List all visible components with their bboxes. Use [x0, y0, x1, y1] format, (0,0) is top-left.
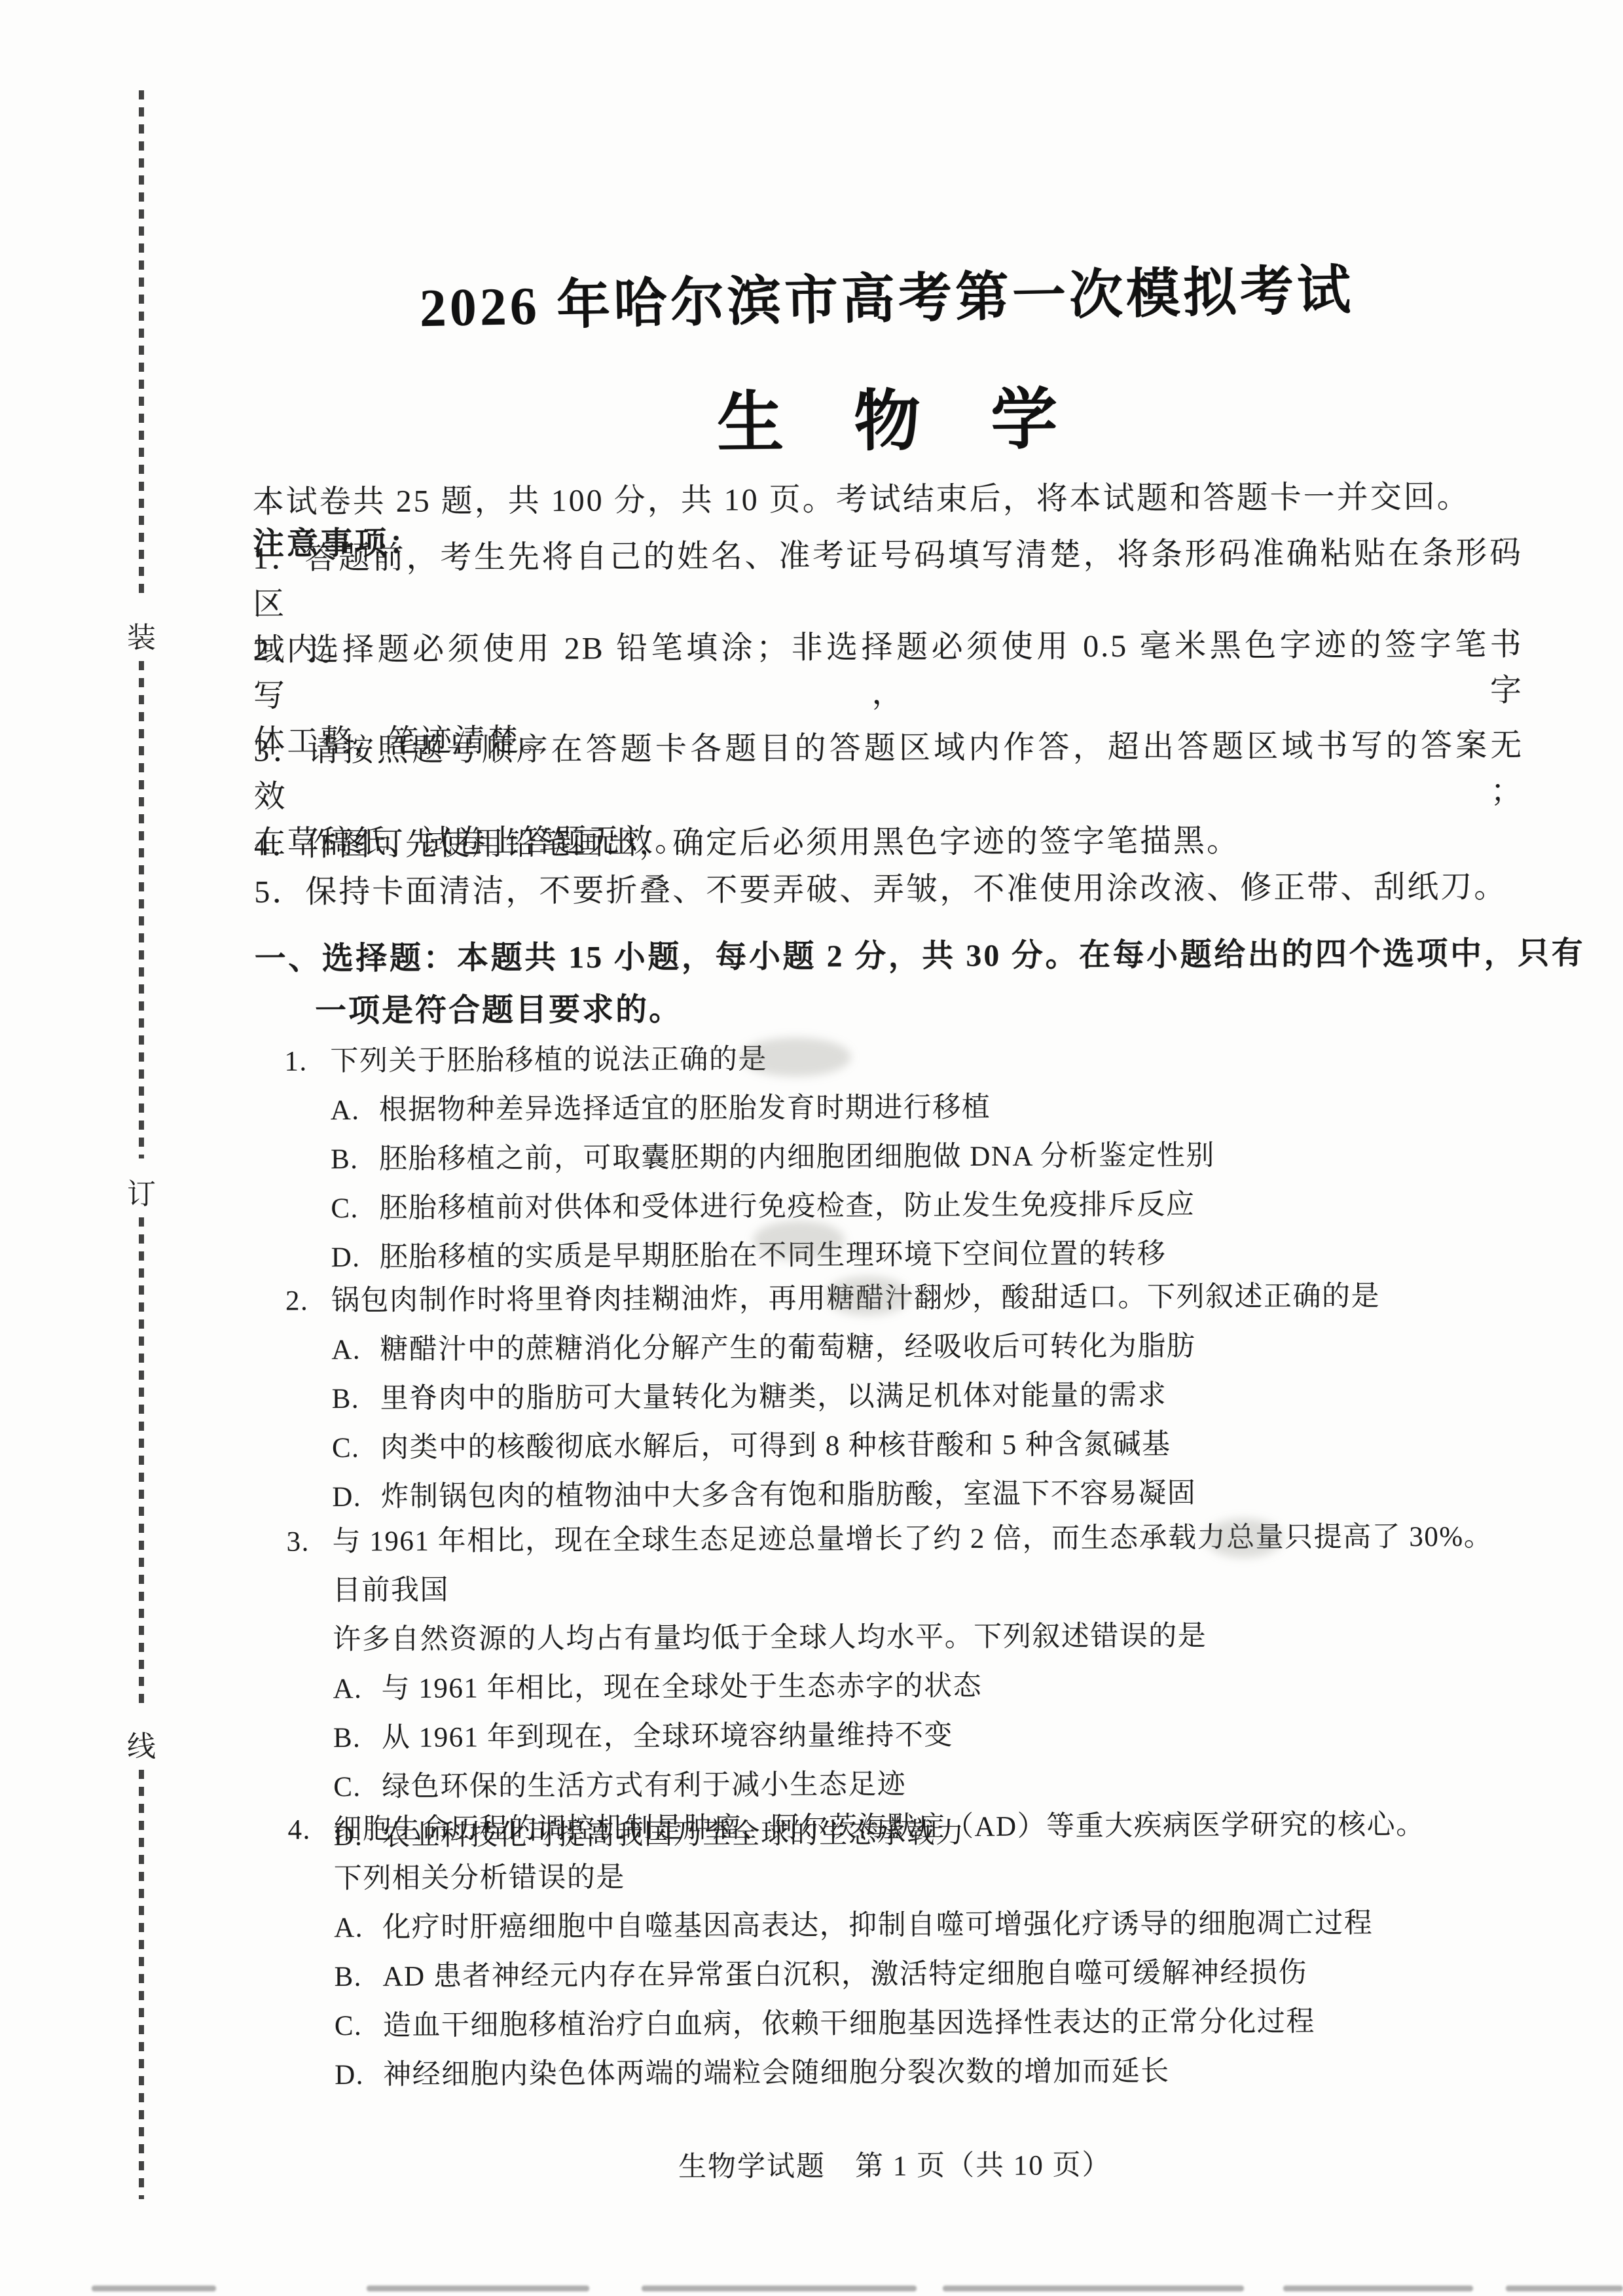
scan-edge-artifact: [642, 2286, 917, 2291]
option-label: C.: [331, 1184, 379, 1233]
option-text: 胚胎移植之前，可取囊胚期的内细胞团细胞做 DNA 分析鉴定性别: [379, 1140, 1215, 1175]
notice-item-line: 3．请按照题号顺序在答题卡各题目的答题区域内作答，超出答题区域书写的答案无效；: [253, 723, 1524, 819]
option-label: C.: [335, 2001, 383, 2051]
option-text: AD 患者神经元内存在异常蛋白沉积，激活特定细胞自噬可缓解神经损伤: [382, 1958, 1307, 1992]
option-text: 与 1961 年相比，现在全球处于生态赤字的状态: [381, 1671, 982, 1704]
option-c: C.肉类中的核酸彻底水解后，可得到 8 种核苷酸和 5 种含氮碱基: [286, 1418, 1494, 1473]
option-label: D.: [331, 1233, 380, 1282]
option-label: B.: [333, 1713, 382, 1763]
question-number: 3.: [286, 1517, 332, 1566]
notice-item-line: 5．保持卡面清洁，不要折叠、不要弄破、弄皱，不准使用涂改液、修正带、刮纸刀。: [254, 864, 1524, 915]
option-text: 造血干细胞移植治疗白血病，依赖干细胞基因选择性表达的正常分化过程: [383, 2007, 1315, 2041]
option-c: C.造血干细胞移植治疗白血病，依赖干细胞基因选择性表达的正常分化过程: [289, 1996, 1497, 2051]
section-header-line: 一项是符合题目要求的。: [315, 980, 1585, 1037]
question-number: 4.: [287, 1805, 333, 1854]
question-1: 1.下列关于胚胎移植的说法正确的是 A.根据物种差异选择适宜的胚胎发育时期进行移…: [284, 1031, 1493, 1282]
question-stem: 1.下列关于胚胎移植的说法正确的是: [284, 1031, 1492, 1086]
option-label: B.: [331, 1135, 379, 1184]
exam-title: 2026 年哈尔滨市高考第一次模拟考试: [251, 251, 1522, 348]
option-label: A.: [331, 1086, 379, 1135]
question-stem: 4.细胞生命历程的调控机制是肿瘤、阿尔茨海默症（AD）等重大疾病医学研究的核心。: [287, 1800, 1495, 1854]
option-d: D.神经细胞内染色体两端的端粒会随细胞分裂次数的增加而延长: [289, 2045, 1497, 2100]
question-stem: 3.与 1961 年相比，现在全球生态足迹总量增长了约 2 倍，而生态承载力总量…: [286, 1512, 1495, 1615]
option-a: A.化疗时肝癌细胞中自噬基因高表达，抑制自噬可增强化疗诱导的细胞凋亡过程: [288, 1898, 1496, 1952]
question-number: 2.: [285, 1276, 331, 1325]
question-stem-text: 与 1961 年相比，现在全球生态足迹总量增长了约 2 倍，而生态承载力总量只提…: [333, 1521, 1493, 1606]
question-4: 4.细胞生命历程的调控机制是肿瘤、阿尔茨海默症（AD）等重大疾病医学研究的核心。…: [287, 1800, 1497, 2100]
option-b: B.从 1961 年到现在，全球环境容纳量维持不变: [287, 1708, 1495, 1763]
option-text: 炸制锅包肉的植物油中大多含有饱和脂肪酸，室温下不容易凝固: [380, 1478, 1196, 1512]
option-text: 糖醋汁中的蔗糖消化分解产生的葡萄糖，经吸收后可转化为脂肪: [380, 1331, 1195, 1365]
exam-paper-page: 装 订 线 2026 年哈尔滨市高考第一次模拟考试 生物学 本试卷共 25 题，…: [0, 0, 1623, 2296]
option-text: 肉类中的核酸彻底水解后，可得到 8 种核苷酸和 5 种含氮碱基: [380, 1429, 1171, 1463]
section-header-choice-questions: 一、选择题：本题共 15 小题，每小题 2 分，共 30 分。在每小题给出的四个…: [255, 927, 1586, 1038]
question-number: 1.: [284, 1037, 330, 1086]
option-text: 根据物种差异选择适宜的胚胎发育时期进行移植: [379, 1092, 991, 1126]
option-label: B.: [334, 1952, 382, 2001]
exam-subject: 生物学: [251, 366, 1523, 478]
question-stem-text: 细胞生命历程的调控机制是肿瘤、阿尔茨海默症（AD）等重大疾病医学研究的核心。: [333, 1810, 1425, 1845]
option-b: B.AD 患者神经元内存在异常蛋白沉积，激活特定细胞自噬可缓解神经损伤: [288, 1947, 1496, 2001]
option-a: A.根据物种差异选择适宜的胚胎发育时期进行移植: [285, 1081, 1493, 1135]
scan-edge-artifact: [92, 2286, 216, 2291]
scan-smudge: [753, 1221, 845, 1260]
option-text: 从 1961 年到现在，全球环境容纳量维持不变: [382, 1720, 953, 1753]
scan-edge-artifact: [1283, 2286, 1473, 2291]
notice-item-line: 4．作图可先使用铅笔画出，确定后必须用黑色字迹的签字笔描黑。: [254, 817, 1524, 868]
option-text: 化疗时肝癌细胞中自噬基因高表达，抑制自噬可增强化疗诱导的细胞凋亡过程: [382, 1908, 1373, 1943]
option-label: B.: [332, 1374, 380, 1424]
scan-edge-artifact: [943, 2286, 1244, 2291]
page-footer: 生物学试题 第 1 页（共 10 页）: [260, 2147, 1530, 2185]
option-label: C.: [333, 1763, 382, 1812]
option-b: B.里脊肉中的脂肪可大量转化为糖类，以满足机体对能量的需求: [286, 1369, 1494, 1424]
option-label: C.: [332, 1424, 380, 1473]
option-a: A.与 1961 年相比，现在全球处于生态赤字的状态: [287, 1659, 1495, 1713]
option-label: D.: [335, 2051, 383, 2100]
section-header-line: 一、选择题：本题共 15 小题，每小题 2 分，共 30 分。在每小题给出的四个…: [255, 927, 1585, 986]
option-b: B.胚胎移植之前，可取囊胚期的内细胞团细胞做 DNA 分析鉴定性别: [285, 1130, 1493, 1184]
scanned-sheet: 2026 年哈尔滨市高考第一次模拟考试 生物学 本试卷共 25 题，共 100 …: [0, 0, 1623, 2296]
option-label: A.: [331, 1325, 380, 1374]
option-label: A.: [333, 1664, 381, 1713]
question-stem-continuation: 许多自然资源的人均占有量均低于全球人均水平。下列叙述错误的是: [287, 1610, 1495, 1664]
question-stem-text: 下列关于胚胎移植的说法正确的是: [330, 1044, 767, 1077]
option-c: C.胚胎移植前对供体和受体进行免疫检查，防止发生免疫排斥反应: [285, 1179, 1493, 1233]
scan-edge-artifact: [367, 2286, 589, 2291]
scan-edge-artifact: [1506, 2286, 1623, 2291]
question-stem-continuation: 下列相关分析错误的是: [288, 1849, 1496, 1903]
scan-smudge: [825, 1276, 910, 1316]
notice-item-5: 5．保持卡面清洁，不要折叠、不要弄破、弄皱，不准使用涂改液、修正带、刮纸刀。: [254, 864, 1524, 915]
option-text: 绿色环保的生活方式有利于减小生态足迹: [382, 1769, 906, 1802]
option-a: A.糖醋汁中的蔗糖消化分解产生的葡萄糖，经吸收后可转化为脂肪: [285, 1320, 1493, 1374]
scan-smudge: [740, 1037, 851, 1077]
notice-item-4: 4．作图可先使用铅笔画出，确定后必须用黑色字迹的签字笔描黑。: [254, 817, 1524, 868]
option-text: 神经细胞内染色体两端的端粒会随细胞分裂次数的增加而延长: [383, 2056, 1170, 2090]
option-label: D.: [332, 1473, 380, 1522]
notice-item-line: 1．答题前，考生先将自己的姓名、准考证号码填写清楚，将条形码准确粘贴在条形码区: [253, 530, 1523, 627]
option-text: 里脊肉中的脂肪可大量转化为糖类，以满足机体对能量的需求: [380, 1380, 1167, 1414]
notice-item-line: 2．选择题必须使用 2B 铅笔填涂；非选择题必须使用 0.5 毫米黑色字迹的签字…: [253, 622, 1524, 719]
scan-smudge: [1205, 1518, 1283, 1558]
option-text: 胚胎移植前对供体和受体进行免疫检查，防止发生免疫排斥反应: [379, 1189, 1195, 1223]
option-label: A.: [334, 1903, 382, 1952]
